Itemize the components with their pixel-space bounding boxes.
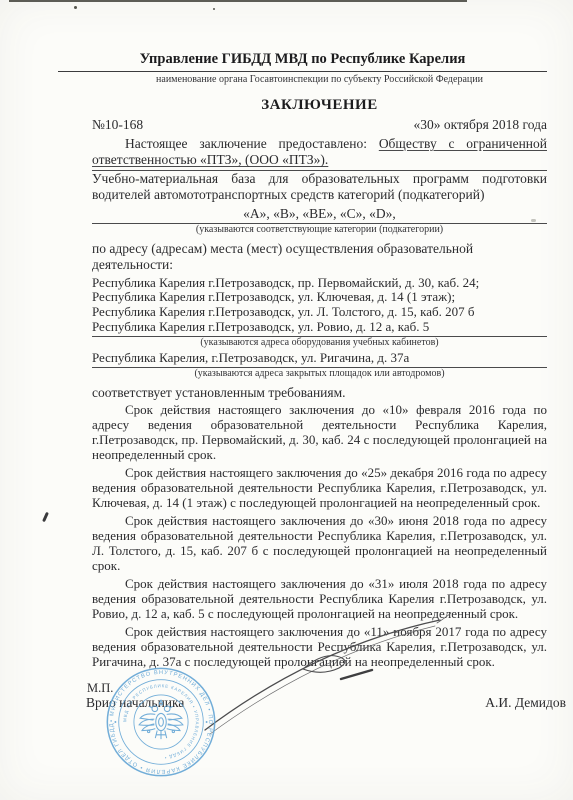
issued-to-paragraph: Настоящее заключение предоставлено: Обще… <box>92 136 547 171</box>
document-date: «30» октября 2018 года <box>414 117 547 133</box>
org-name-caption: наименование органа Госавтоинспекции по … <box>92 74 547 86</box>
signer-name: А.И. Демидов <box>485 695 566 711</box>
address-line: Республика Карелия г.Петрозаводск, ул. Л… <box>92 305 547 320</box>
stray-pen-mark <box>42 512 49 522</box>
training-ground-caption: (указываются адреса закрытых площадок ил… <box>92 368 547 380</box>
scan-artifact-topline <box>9 0 467 2</box>
training-ground-line: Республика Карелия, г.Петрозаводск, ул. … <box>92 351 547 368</box>
conformity-line: соответствует установленным требованиям. <box>92 385 547 400</box>
issued-intro: Настоящее заключение предоставлено: <box>125 136 367 151</box>
number-date-row: №10-168 «30» октября 2018 года <box>92 117 547 133</box>
validity-paragraph: Срок действия настоящего заключения до «… <box>92 402 547 462</box>
org-name-heading: Управление ГИБДД МВД по Республике Карел… <box>58 51 547 72</box>
address-intro-line: по адресу (адресам) места (мест) осущест… <box>92 241 547 273</box>
handwritten-signature <box>185 592 455 742</box>
address-line: Республика Карелия г.Петрозаводск, пр. П… <box>92 276 547 291</box>
document-number: №10-168 <box>92 117 143 133</box>
validity-paragraph: Срок действия настоящего заключения до «… <box>92 513 547 573</box>
categories-line: «А», «В», «ВЕ», «С», «D», <box>92 207 547 224</box>
addresses-caption: (указываются адреса оборудования учебных… <box>92 337 547 349</box>
address-line: Республика Карелия г.Петрозаводск, ул. Р… <box>92 320 547 337</box>
scan-speck <box>213 8 215 10</box>
scanned-document-page: Управление ГИБДД МВД по Республике Карел… <box>0 0 573 800</box>
training-base-paragraph: Учебно-материальная база для образовател… <box>92 171 547 204</box>
scan-speck <box>74 6 77 9</box>
double-headed-eagle-icon <box>139 700 183 739</box>
validity-paragraph: Срок действия настоящего заключения до «… <box>92 465 547 510</box>
official-round-stamp: • МИНИСТЕРСТВО ВНУТРЕННИХ ДЕЛ • ПО РЕСПУ… <box>104 665 218 779</box>
address-line: Республика Карелия г.Петрозаводск, ул. К… <box>92 290 547 305</box>
categories-caption: (указываются соответствующие категории (… <box>92 224 547 236</box>
document-title: ЗАКЛЮЧЕНИЕ <box>92 97 547 114</box>
address-list: Республика Карелия г.Петрозаводск, пр. П… <box>92 276 547 337</box>
